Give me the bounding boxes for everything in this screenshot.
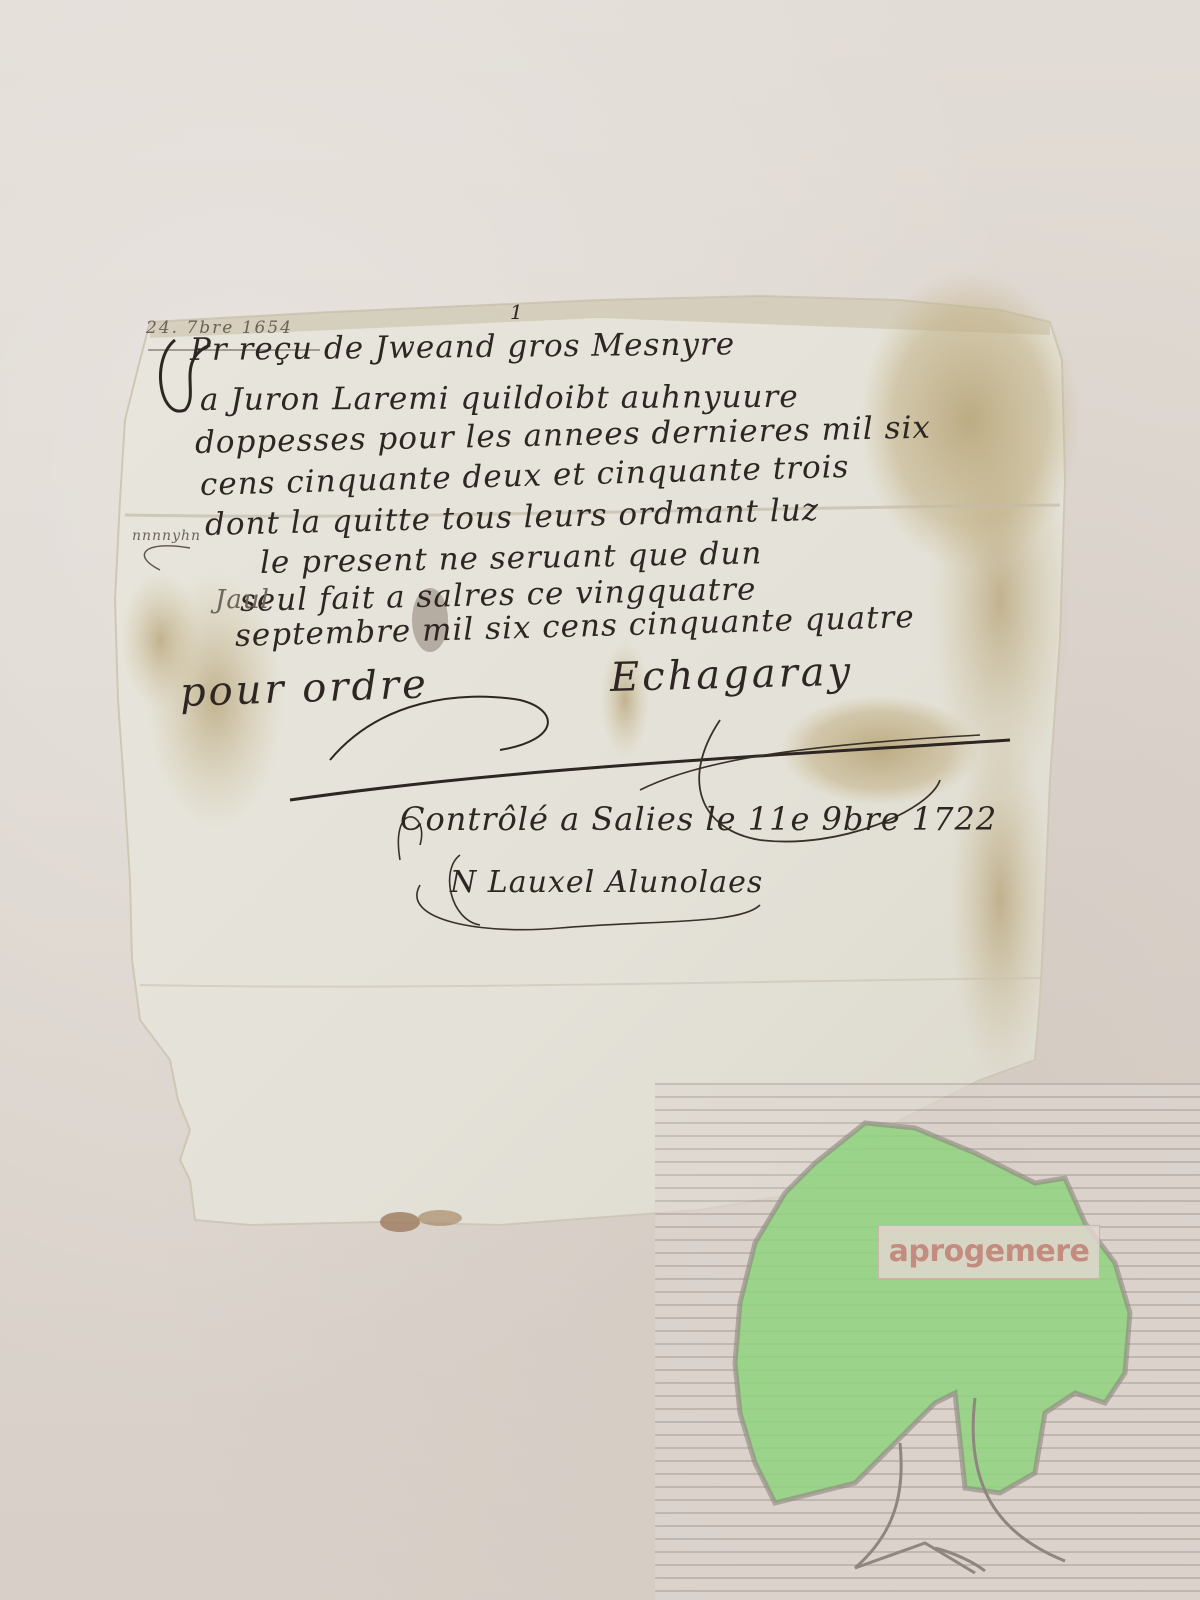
page-number: 1 — [510, 300, 524, 324]
faint-margin-word: Jaul — [215, 585, 270, 615]
certification-line: Contrôlé a Salies le 11e 9bre 1722 — [400, 800, 997, 838]
faint-margin-scribble: nnnnyhn — [132, 528, 201, 544]
watermark-area — [655, 1083, 1200, 1600]
signature-right: Echagaray — [609, 649, 853, 701]
handwriting-line-2: a Juron Laremi quildoibt auhnyuure — [200, 379, 799, 418]
handwriting-line-1: Pr reçu de Jweand gros Mesnyre — [190, 326, 735, 368]
watermark-label: aprogemere — [878, 1225, 1100, 1279]
signature-left: pour ordre — [179, 661, 429, 716]
certification-signature: N Lauxel Alunolaes — [450, 865, 763, 900]
tree-logo-icon — [655, 1083, 1200, 1600]
